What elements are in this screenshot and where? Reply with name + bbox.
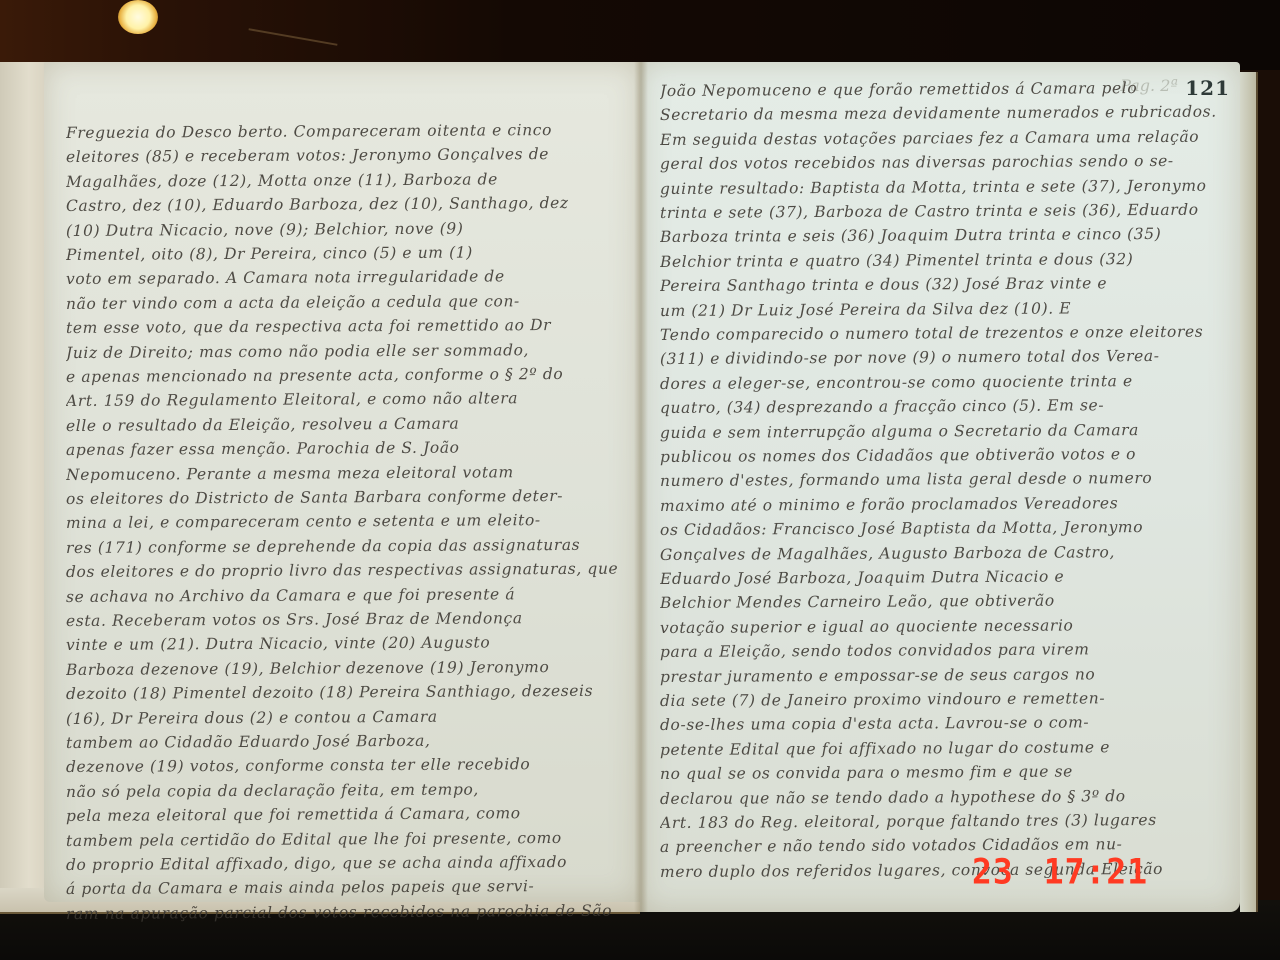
handwritten-line: Eduardo José Barboza, Joaquim Dutra Nica… [660, 567, 1220, 588]
handwritten-line: João Nepomuceno e que forão remettidos á… [660, 79, 1220, 100]
book-gutter [634, 62, 648, 912]
handwritten-line: tambem pela certidão do Edital que lhe f… [66, 828, 620, 849]
handwritten-line: dezenove (19) votos, conforme consta ter… [66, 755, 620, 776]
handwritten-line: Juiz de Direito; mas como não podia elle… [66, 340, 620, 361]
handwritten-line: mina a lei, e compareceram cento e seten… [66, 511, 620, 532]
handwritten-line: do proprio Edital affixado, digo, que se… [66, 853, 620, 874]
handwritten-line: apenas fazer essa menção. Parochia de S.… [66, 438, 620, 459]
handwritten-line: Barboza dezenove (19), Belchior dezenove… [66, 657, 620, 678]
handwritten-line: voto em separado. A Camara nota irregula… [66, 267, 620, 288]
handwritten-line: Secretario da mesma meza devidamente num… [660, 103, 1220, 124]
handwritten-line: não ter vindo com a acta da eleição a ce… [66, 291, 620, 312]
handwritten-line: tambem ao Cidadão Eduardo José Barboza, [66, 731, 620, 752]
handwritten-line: Magalhães, doze (12), Motta onze (11), B… [66, 169, 620, 190]
handwritten-line: para a Eleição, sendo todos convidados p… [660, 640, 1220, 661]
handwritten-line: se achava no Archivo da Camara e que foi… [66, 584, 620, 605]
handwritten-line: ram na apuração parcial dos votos recebi… [66, 901, 620, 922]
handwritten-line: Belchior trinta e quatro (34) Pimentel t… [660, 249, 1220, 270]
handwritten-line: pela meza eleitoral que foi remettida á … [66, 804, 620, 825]
handwritten-line: esta. Receberam votos os Srs. José Braz … [66, 609, 620, 630]
handwritten-line: Barboza trinta e seis (36) Joaquim Dutra… [660, 225, 1220, 246]
handwritten-line: Art. 159 do Regulamento Eleitoral, e com… [66, 389, 620, 410]
handwritten-line: Nepomuceno. Perante a mesma meza eleitor… [66, 462, 620, 483]
handwritten-line: eleitores (85) e receberam votos: Jerony… [66, 145, 620, 166]
handwritten-line: não só pela copia da declaração feita, e… [66, 779, 620, 800]
handwritten-line: e apenas mencionado na presente acta, co… [66, 365, 620, 386]
handwritten-line: Castro, dez (10), Eduardo Barboza, dez (… [66, 194, 620, 215]
handwritten-line: guida e sem interrupção alguma o Secreta… [660, 420, 1220, 441]
handwritten-line: dores a eleger-se, encontrou-se como quo… [660, 371, 1220, 392]
handwritten-line: petente Edital que foi affixado no lugar… [660, 737, 1220, 758]
handwritten-line: publicou os nomes dos Cidadãos que obtiv… [660, 445, 1220, 466]
left-page-text: Freguezia do Desco berto. Compareceram o… [44, 62, 640, 902]
handwritten-line: res (171) conforme se deprehende da copi… [66, 535, 620, 556]
background-dark-wall [0, 0, 1280, 70]
handwritten-line: á porta da Camara e mais ainda pelos pap… [66, 877, 620, 898]
handwritten-line: numero d'estes, formando uma lista geral… [660, 469, 1220, 490]
lamp-light [118, 0, 158, 34]
handwritten-line: elle o resultado da Eleição, resolveu a … [66, 413, 620, 434]
handwritten-line: os eleitores do Districto de Santa Barba… [66, 487, 620, 508]
underlying-pages-left [0, 62, 49, 912]
handwritten-line: Pimentel, oito (8), Dr Pereira, cinco (5… [66, 243, 620, 264]
page-edges-right [1240, 72, 1258, 912]
right-page-text: João Nepomuceno e que forão remettidos á… [640, 62, 1240, 912]
handwritten-line: guinte resultado: Baptista da Motta, tri… [660, 176, 1220, 197]
timestamp-day: 23 [972, 851, 1014, 892]
handwritten-line: Freguezia do Desco berto. Compareceram o… [66, 121, 620, 142]
handwritten-line: dia sete (7) de Janeiro proximo vindouro… [660, 689, 1220, 710]
handwritten-line: os Cidadãos: Francisco José Baptista da … [660, 518, 1220, 539]
handwritten-line: dos eleitores e do proprio livro das res… [66, 560, 620, 581]
handwritten-line: um (21) Dr Luiz José Pereira da Silva de… [660, 298, 1220, 319]
camera-timestamp: 2317:21 [972, 851, 1148, 892]
handwritten-line: do-se-lhes uma copia d'esta acta. Lavrou… [660, 713, 1220, 734]
handwritten-line: declarou que não se tendo dado a hypothe… [660, 786, 1220, 807]
handwritten-line: Art. 183 do Reg. eleitoral, porque falta… [660, 811, 1220, 832]
handwritten-line: geral dos votos recebidos nas diversas p… [660, 152, 1220, 173]
handwritten-line: Belchior Mendes Carneiro Leão, que obtiv… [660, 591, 1220, 612]
handwritten-line: votação superior e igual ao quociente ne… [660, 615, 1220, 636]
handwritten-line: no qual se os convida para o mesmo fim e… [660, 762, 1220, 783]
handwritten-line: prestar juramento e empossar-se de seus … [660, 664, 1220, 685]
handwritten-line: maximo até o minimo e forão proclamados … [660, 493, 1220, 514]
handwritten-line: tem esse voto, que da respectiva acta fo… [66, 316, 620, 337]
handwritten-line: Pereira Santhago trinta e dous (32) José… [660, 274, 1220, 295]
handwritten-line: dezoito (18) Pimentel dezoito (18) Perei… [66, 682, 620, 703]
handwritten-line: quatro, (34) desprezando a fracção cinco… [660, 396, 1220, 417]
handwritten-line: (311) e dividindo-se por nove (9) o nume… [660, 347, 1220, 368]
handwritten-line: Em seguida destas votações parciaes fez … [660, 127, 1220, 148]
handwritten-line: vinte e um (21). Dutra Nicacio, vinte (2… [66, 633, 620, 654]
handwritten-line: (10) Dutra Nicacio, nove (9); Belchior, … [66, 218, 620, 239]
right-page: Pag. 2ª 121 João Nepomuceno e que forão … [640, 62, 1240, 912]
left-page: Freguezia do Desco berto. Compareceram o… [44, 62, 640, 902]
timestamp-time: 17:21 [1044, 851, 1148, 892]
handwritten-line: (16), Dr Pereira dous (2) e contou a Cam… [66, 706, 620, 727]
handwritten-line: Tendo comparecido o numero total de trez… [660, 323, 1220, 344]
handwritten-line: trinta e sete (37), Barboza de Castro tr… [660, 201, 1220, 222]
handwritten-line: Gonçalves de Magalhães, Augusto Barboza … [660, 542, 1220, 563]
